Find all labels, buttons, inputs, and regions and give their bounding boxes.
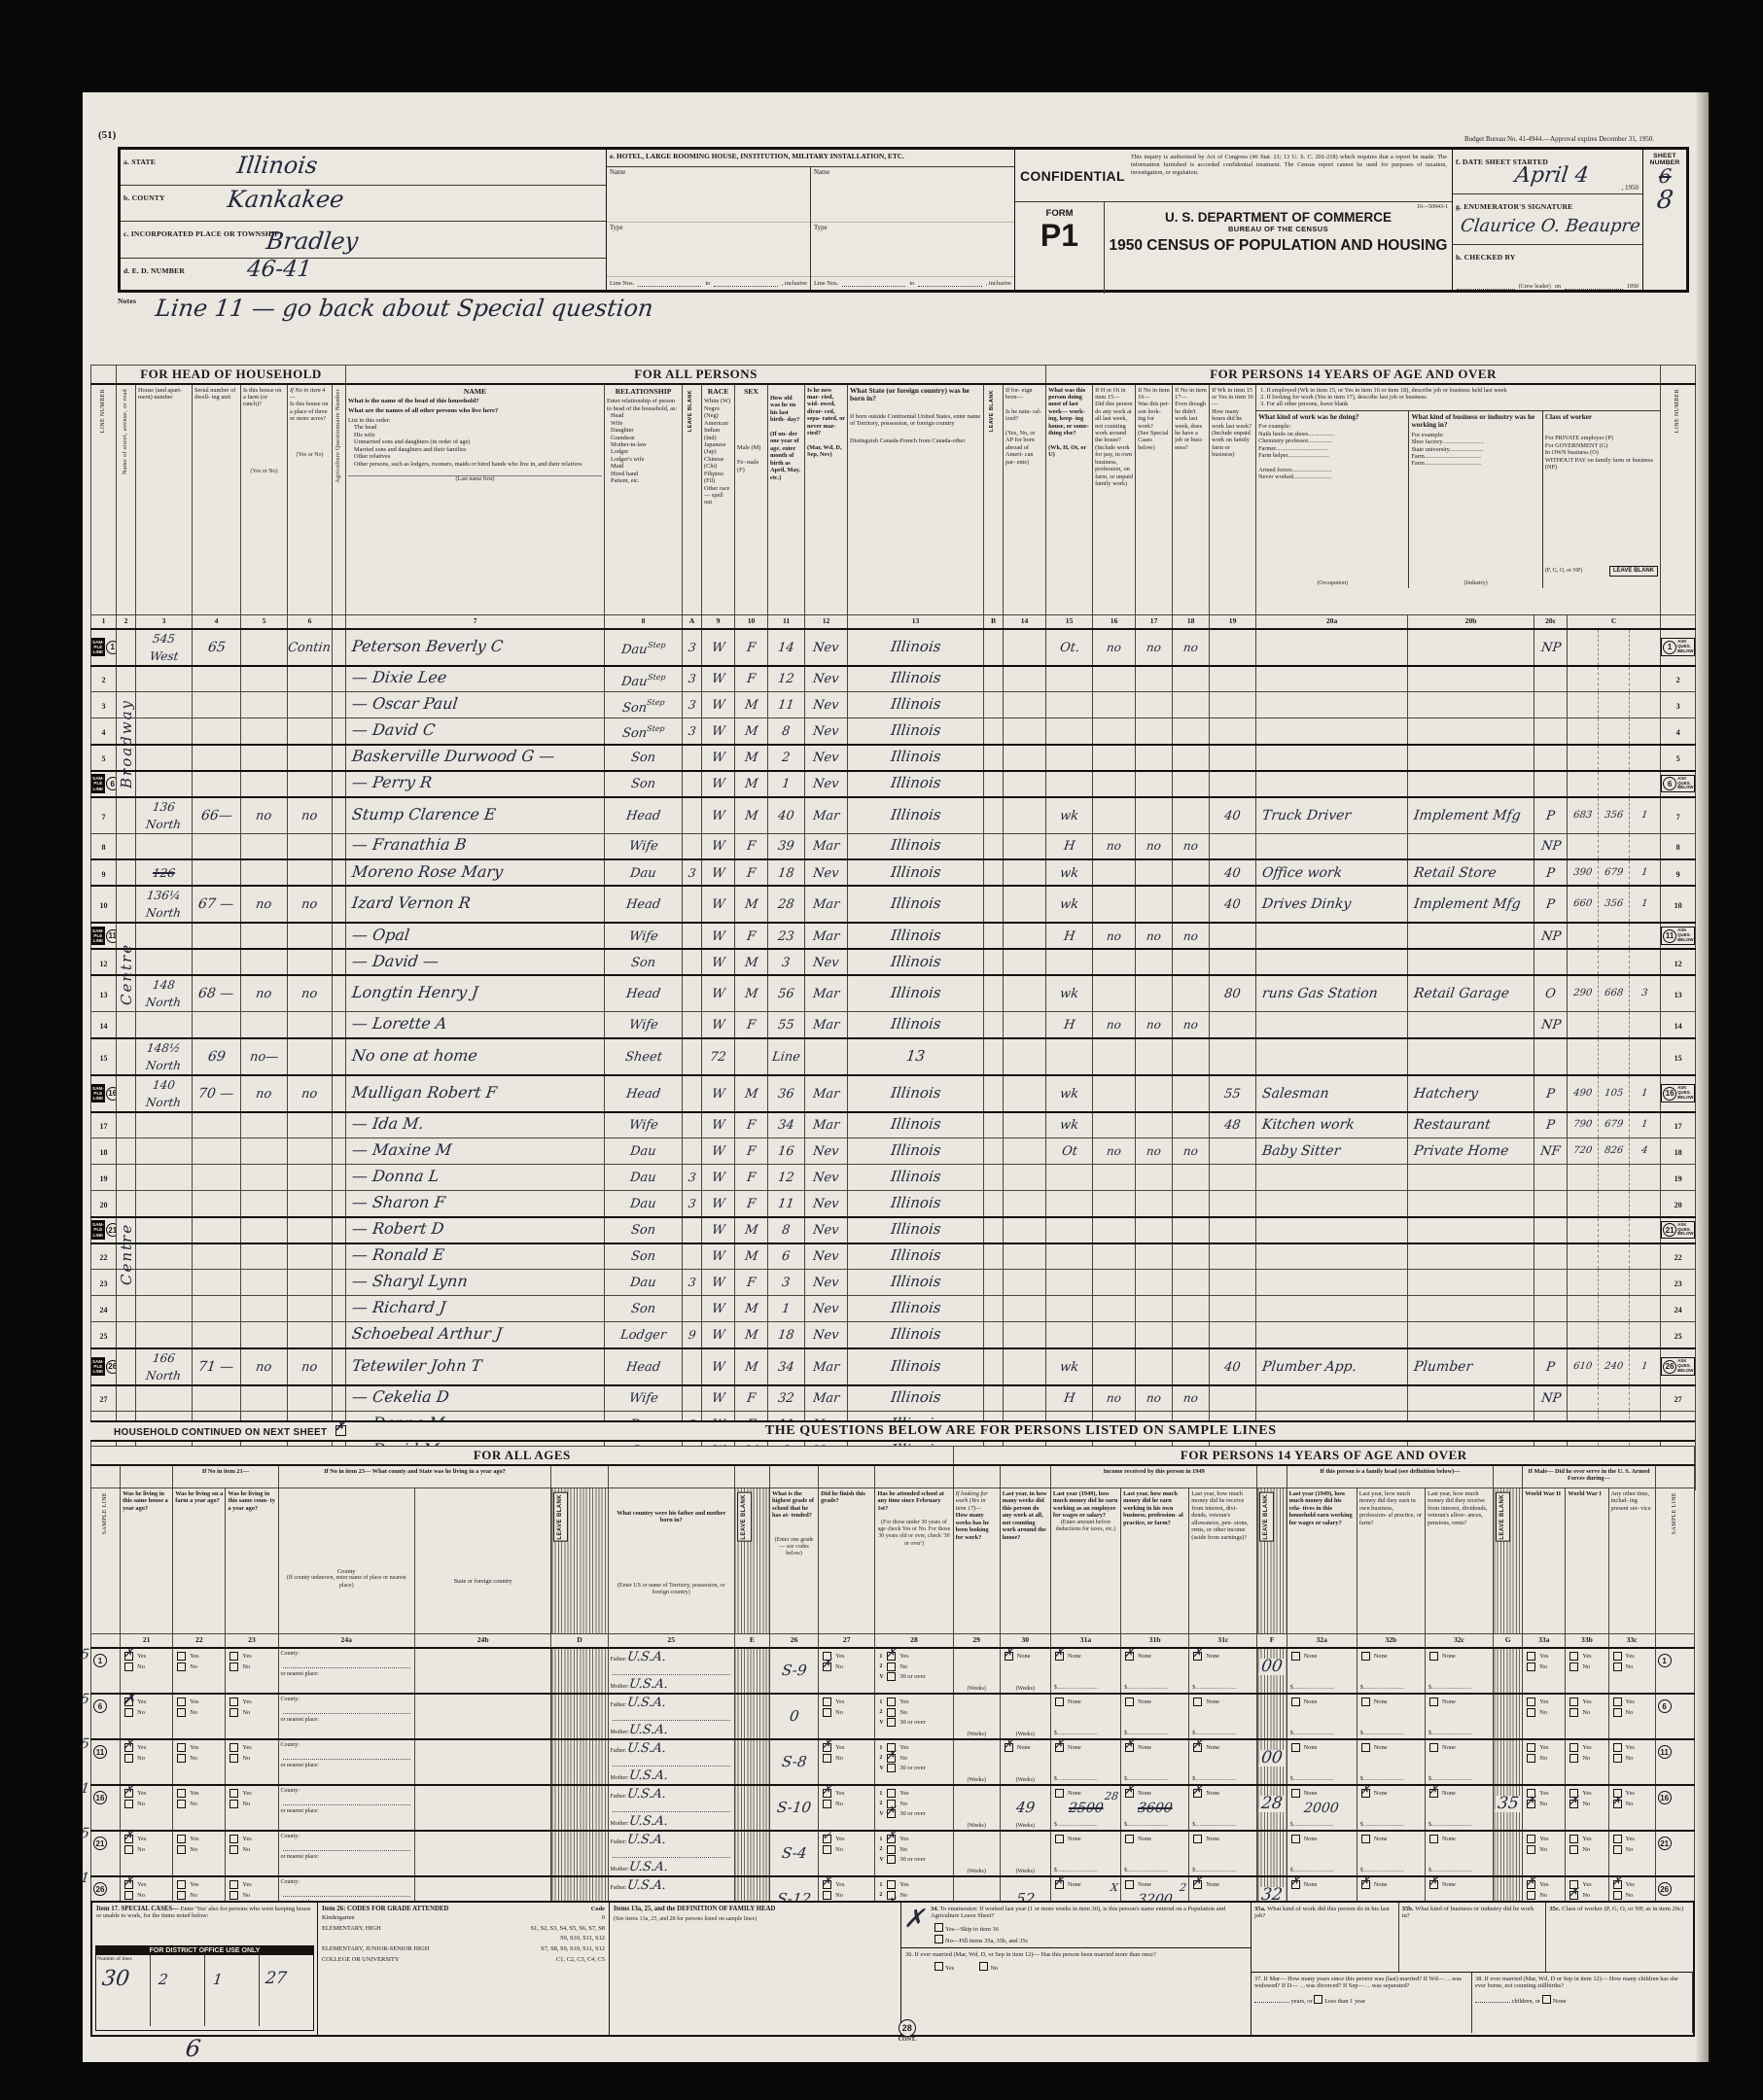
column-number: 23 [226,1634,278,1648]
house-number-cell [136,1165,193,1191]
q21-cell: ✗YesNo [121,1785,173,1831]
q15-cell: Ot. [1046,629,1093,666]
nat-cell [1004,975,1046,1012]
street-cell [117,797,136,834]
item34-handwritten-x: ✗ [903,1905,925,1934]
q31b-cell: None$............................ [1121,1694,1189,1739]
line-number-cell-right: 15 [1661,1038,1696,1075]
class-of-worker-cell [1534,1165,1568,1191]
nat-cell [1004,1112,1046,1138]
table-row: 25Schoebeal Arthur JLodger9WM18NevIllino… [91,1322,1696,1348]
handwritten-value: U.S.A. [626,1697,667,1709]
q31a-cell: ✗None$............................ [1050,1648,1120,1694]
income-banner: Income received by this person in 1949 [1050,1465,1257,1488]
handwritten-value: 1 [80,1782,90,1796]
q32b-cell-none-checkbox [1361,1743,1370,1752]
handwritten-value: 56 [777,988,794,1000]
q33b-cell: YesNo [1566,1831,1608,1876]
handwritten-value: Illinois [890,1359,941,1374]
handwritten-value: U.S.A. [628,1815,669,1828]
q15-cell: wk [1046,859,1093,886]
class-of-worker-cell [1534,1322,1568,1348]
handwritten-value: 28 [777,898,794,911]
q32c-cell: None$............................ [1425,1739,1493,1785]
handwritten-value: P [1545,1088,1555,1101]
agriculture-number-cell [333,1270,346,1296]
b-cell [984,886,1004,923]
race-cell: W [702,949,735,975]
handwritten-value: 11 [777,1198,794,1210]
race-cell: W [702,859,735,886]
sex-cell: M [735,771,768,797]
handwritten-value: Nev [813,725,840,738]
leave-blank-e-cell [734,1648,769,1694]
race-cell: W [702,1191,735,1217]
checkbox-mark: ✗ [1612,1794,1622,1807]
leave-blank-e-cell [734,1785,769,1831]
handwritten-value: Illinois [890,723,941,738]
sex-cell: F [735,1138,768,1165]
q19-cell [1210,1385,1256,1412]
table-row: 4— David CSonStep3WM8NevIllinois4 [91,718,1696,745]
q33a-header: World War II [1523,1488,1566,1634]
handwritten-value: 1 [1641,1120,1649,1130]
code-column-label: Code [591,1906,605,1912]
q31c-cell-none-checkbox [1193,1697,1202,1706]
q19-cell: 55 [1210,1075,1256,1112]
handwritten-value: W [711,1119,725,1132]
item38-none-checkbox [1542,1995,1551,2004]
handwritten-value: 67 — [197,897,234,911]
q33c-cell-no-checkbox: ✗ [1613,1800,1622,1808]
mar-cell [805,1038,848,1075]
handwritten-value: M [744,752,758,764]
leave-blank-c-label: LEAVE BLANK [1609,566,1658,577]
q31c-cell: ✗None$............................ [1189,1648,1257,1694]
farm-cell [241,771,288,797]
born-cell: Illinois [848,1296,984,1322]
leave-blank-f-header: LEAVE BLANK [1257,1488,1287,1634]
sample-questions-table: FOR ALL AGES FOR PERSONS 14 YEARS OF AGE… [90,1446,1695,1923]
q18-cell [1173,949,1210,975]
farm-cell [241,1217,288,1243]
q18-cell [1173,797,1210,834]
relationship-cell: Dau [605,1191,683,1217]
q27-cell: ✓YesNo [819,1831,875,1876]
q23-cell-yes-checkbox [229,1880,238,1889]
q27-cell-yes-checkbox: ✗ [823,1743,831,1752]
age-cell: 34 [768,1112,805,1138]
sample-line-cell-right: 1 [1655,1648,1694,1694]
name-cell: — Oscar Paul [346,692,605,718]
q15-cell: wk [1046,1075,1093,1112]
farm-cell: no [241,886,288,923]
handwritten-value: Salesman [1261,1087,1329,1101]
handwritten-value: no [1182,930,1198,942]
group-banners: If No in item 21— If No in item 23— What… [91,1465,1695,1488]
a-cell [683,771,702,797]
handwritten-value: O [1544,988,1556,1000]
agriculture-number-cell [333,1191,346,1217]
class-of-worker-cell [1534,1191,1568,1217]
mar-cell: Mar [805,1075,848,1112]
checkbox-mark: ✗ [1054,1739,1064,1752]
street-cell [117,1165,136,1191]
line-number-cell-right: 25 [1661,1322,1696,1348]
q17-cell: no [1136,833,1173,859]
checkbox-mark: ✗ [886,1648,896,1661]
q15-header: What was this person doing most of last … [1046,384,1093,615]
handwritten-value: NP [1540,1019,1562,1032]
q22-cell: YesNo [173,1739,226,1785]
agriculture-number-cell [333,859,346,886]
line-number-cell: SAM-PLELINE6 [91,771,117,797]
handwritten-value: North [146,1097,182,1108]
sample-row: 1✗YesNoYesNoYesNoCounty:or nearest place… [91,1648,1695,1694]
acres-cell [288,666,333,692]
a-cell [683,975,702,1012]
q15-cell: wk [1046,1348,1093,1385]
q31c-cell: None$............................ [1189,1694,1257,1739]
q21-cell: ✗YesNo [121,1831,173,1876]
handwritten-value: U.S.A. [628,1678,669,1691]
handwritten-value: Drives Dinky [1261,897,1352,911]
table-row: 20— Sharon FDau3WF11NevIllinois20 [91,1191,1696,1217]
q31c-cell-none-checkbox [1193,1835,1202,1843]
serial-cell: 71 — [193,1348,241,1385]
handwritten-value: W [711,1145,725,1158]
q17-cell [1136,1112,1173,1138]
sex-cell: M [735,975,768,1012]
q33b-cell-no-checkbox [1569,1754,1578,1763]
handwritten-value: North [146,819,182,830]
handwritten-value: Nev [813,642,840,654]
q17-cell [1136,745,1173,771]
handwritten-value: F [746,1198,757,1210]
table-row: SAM-PLELINE1545West65ContinuedPeterson B… [91,629,1696,666]
handwritten-value: Illinois [890,986,941,1000]
q21-cell-no-checkbox [124,1800,133,1808]
race-cell: W [702,797,735,834]
agriculture-number-cell [333,886,346,923]
q15-cell [1046,666,1093,692]
handwritten-value: H [1063,1392,1075,1405]
sex-cell: F [735,833,768,859]
sheet-number-value: 8 [1655,188,1675,213]
handwritten-value: Step [647,642,666,649]
q15-cell [1046,1191,1093,1217]
handwritten-value: 126 [152,867,175,879]
handwritten-value: Hatchery [1413,1087,1479,1101]
relationship-cell: Head [605,1075,683,1112]
q17-cell: no [1136,629,1173,666]
confidential-label: CONFIDENTIAL [1020,168,1125,184]
occupation-cell [1256,1217,1408,1243]
street-cell [117,629,136,666]
item36-yes-checkbox [934,1962,943,1971]
q18-cell [1173,1243,1210,1270]
checkbox-mark: ✗ [886,1831,896,1843]
born-cell: Illinois [848,745,984,771]
column-number: 32b [1357,1634,1425,1648]
q17-cell [1136,692,1173,718]
handwritten-value: NP [1540,642,1562,654]
handwritten-value: no [256,988,273,1000]
line-number-cell-right: 12 [1661,949,1696,975]
handwritten-value: 290 [1572,989,1592,998]
acres-cell [288,771,333,797]
column-number: 25 [608,1634,734,1648]
born-cell: Illinois [848,771,984,797]
sex-cell: M [735,797,768,834]
line-number-cell: 5 [91,745,117,771]
q33c-cell-no-checkbox [1613,1708,1622,1717]
b-cell [984,1191,1004,1217]
industry-cell [1408,692,1534,718]
serial-number-header: Serial number of dwell- ing unit [193,384,241,615]
q33a-cell-yes-checkbox [1527,1697,1535,1706]
district-cell-2: 2 [151,1955,205,2026]
occupation-cell [1256,771,1408,797]
nat-cell [1004,1322,1046,1348]
checkbox-mark: ✗ [1428,1785,1438,1798]
q32c-cell-none-checkbox [1429,1697,1438,1706]
serial-cell [193,949,241,975]
leave-blank-e-cell [734,1831,769,1876]
q17-cell [1136,1348,1173,1385]
a-cell: 3 [683,1165,702,1191]
section-all-persons: FOR ALL PERSONS [346,366,1046,384]
street-cell [117,771,136,797]
handwritten-value: Son [630,778,656,790]
handwritten-value: Wife [628,1119,658,1132]
q17-cell [1136,1038,1173,1075]
definitions-subtext: (See items 13a, 25, and 28 for persons l… [614,1916,897,1922]
handwritten-value: — David C [351,722,436,738]
checkbox-mark: ✗ [1192,1648,1202,1661]
handwritten-value: H [1063,840,1075,853]
column-number: 10 [735,615,768,629]
mar-cell: Nev [805,771,848,797]
definitions-title: Items 13a, 25, and the DEFINITION OF FAM… [614,1906,775,1912]
line-number-cell-right: 13 [1661,975,1696,1012]
q33a-cell-yes-checkbox [1527,1835,1535,1843]
serial-cell [193,1012,241,1038]
handwritten-value: — Ronald E [351,1247,445,1263]
handwritten-value: — Lorette A [351,1016,447,1032]
handwritten-value: 2500 [1068,1802,1104,1815]
race-cell: W [702,718,735,745]
q28-cell: 1Yes2NoV30 or over [875,1694,953,1739]
class-of-worker-cell: NP [1534,629,1568,666]
nat-cell [1004,833,1046,859]
handwritten-value: Baskerville Durwood G — [351,749,555,764]
street-cell [117,886,136,923]
q19-cell [1210,833,1256,859]
handwritten-value: Mar [812,1392,840,1405]
handwritten-value: no [1182,1145,1198,1157]
race-cell: W [702,1296,735,1322]
sex-cell [735,1038,768,1075]
q32a-cell: None$............................ [1287,1739,1357,1785]
handwritten-value: Peterson Beverly C [351,639,504,654]
q17-cell [1136,949,1173,975]
handwritten-value: 1 [1641,868,1649,878]
q18-cell [1173,1191,1210,1217]
q19-cell [1210,1165,1256,1191]
occupation-cell: Truck Driver [1256,797,1408,834]
column-number: 21 [121,1634,173,1648]
q32b-cell-none-checkbox [1361,1697,1370,1706]
q31a-cell-none-checkbox [1055,1789,1064,1798]
q19-cell [1210,1217,1256,1243]
handwritten-value: Dau [620,644,648,656]
mar-cell: Mar [805,797,848,834]
handwritten-value: M [744,699,758,712]
hotel-block: e. HOTEL, LARGE ROOMING HOUSE, INSTITUTI… [607,150,1015,290]
table-row: 23— Sharyl LynnDau3WF3NevIllinois23 [91,1270,1696,1296]
inclusive-label: , inclusive [782,280,807,287]
q16-cell [1093,1322,1136,1348]
q32a-cell: None$............................ [1287,1648,1357,1694]
enumerator-signature: Claurice O. Beaupre [1460,218,1641,235]
b-cell [984,975,1004,1012]
line-number-cell: 24 [91,1296,117,1322]
occupation-cell [1256,833,1408,859]
margin-digit: 5 [77,1735,92,1753]
column-number [1655,1634,1694,1648]
house-number-cell [136,666,193,692]
mar-cell: Nev [805,859,848,886]
a-cell [683,797,702,834]
handwritten-value: Nev [813,778,840,790]
handwritten-value: Illinois [890,1170,941,1184]
b-cell [984,949,1004,975]
mar-cell: Nev [805,718,848,745]
name-cell: Tetewiler John T [346,1348,605,1385]
a-cell: 9 [683,1322,702,1348]
q22-cell-yes-checkbox [177,1789,186,1798]
year-label: 1950 [1627,283,1639,290]
serial-cell [193,859,241,886]
name-header: NAME What is the name of the head of thi… [346,384,605,615]
line-number-cell-right: 24 [1661,1296,1696,1322]
line-number-cell: SAM-PLELINE16 [91,1075,117,1112]
handwritten-value: 34 [777,1361,794,1374]
handwritten-value: M [744,1224,758,1237]
handwritten-value: 80 [1223,988,1241,1000]
column-number: F [1257,1634,1287,1648]
acres-cell [288,1165,333,1191]
handwritten-value: wk [1059,1088,1079,1101]
q21-cell-yes-checkbox: ✗ [124,1697,133,1706]
q22-cell: YesNo [173,1831,226,1876]
q16-cell [1093,1348,1136,1385]
handwritten-value: P [1545,810,1555,822]
q21-cell-no-checkbox [124,1845,133,1854]
name-cell: — Robert D [346,1217,605,1243]
born-cell: Illinois [848,1012,984,1038]
street-cell [117,1296,136,1322]
sample-line-header-right: SAMPLE LINE [1672,1492,1678,1534]
handwritten-value: 40 [1223,810,1241,822]
q31c-header: Last year, how much money did he receive… [1189,1488,1257,1634]
relationship-cell: Son [605,771,683,797]
relationship-cell: Dau [605,1165,683,1191]
house-number-cell [136,745,193,771]
q23-cell-no-checkbox [229,1754,238,1763]
code-cell: 2906683 [1568,975,1661,1012]
a-cell [683,1243,702,1270]
handwritten-value: no [1182,1019,1198,1031]
handwritten-value: F [746,930,757,943]
street-cell [117,692,136,718]
relationship-cell: Wife [605,1012,683,1038]
checkbox-mark: ✗ [1124,1785,1134,1798]
sample-line-cell-right: 16 [1655,1785,1694,1831]
agriculture-number-cell [333,949,346,975]
q18-cell: no [1173,1012,1210,1038]
industry-cell [1408,666,1534,692]
handwritten-value: Retail Garage [1413,987,1510,1000]
q15-cell: wk [1046,1112,1093,1138]
handwritten-value: Illinois [890,808,941,822]
handwritten-value: no [1146,1145,1161,1157]
population-rows: SAM-PLELINE1545West65ContinuedPeterson B… [91,629,1696,1490]
handwritten-value: Izard Vernon R [351,895,472,911]
line-number-cell-right: 19 [1661,1165,1696,1191]
handwritten-value: 34 [777,1119,794,1132]
occupation-header: What kind of work was he doing? For exam… [1256,411,1409,588]
industry-cell [1408,1217,1534,1243]
q19-cell [1210,1270,1256,1296]
item36-no-label: No [990,1965,998,1972]
handwritten-value: 68 — [197,987,234,1000]
leave-blank-f-cell: 00 [1257,1648,1287,1694]
code-cell [1568,692,1661,718]
q18-header: If No in item 17— Even though he didn't … [1173,384,1210,615]
ifno23-banner: If No in item 23— What county and State … [278,1465,551,1488]
house-number-cell [136,1322,193,1348]
race-cell: W [702,1217,735,1243]
q33c-cell-no-checkbox [1613,1891,1622,1900]
handwritten-value: U.S.A. [628,1861,669,1873]
handwritten-value: Line [771,1051,800,1064]
handwritten-value: Dau [629,867,656,880]
column-number: 22 [173,1634,226,1648]
county-cell: County:or nearest place: [278,1739,414,1785]
relationship-note: Step [648,636,666,650]
state-value: Illinois [236,154,319,177]
handwritten-value: Son [630,1224,656,1237]
house-number-cell: 148½North [136,1038,193,1075]
handwritten-value: W [711,1198,725,1210]
handwritten-value: Nev [813,1303,840,1315]
notes-row: Notes Line 11 — go back about Special qu… [118,297,653,321]
handwritten-value: W [711,1250,725,1263]
ask-questions-badge: 11ASKQUES.BELOW [1661,927,1695,945]
handwritten-value: W [711,642,725,654]
handwritten-value: Illinois [890,1301,941,1315]
grade-codes-box: Item 26: CODES FOR GRADE ATTENDED Code K… [318,1903,610,2035]
q19-cell: 40 [1210,1348,1256,1385]
handwritten-value: no [1106,1019,1121,1031]
industry-cell [1408,629,1534,666]
mar-cell: Nev [805,1322,848,1348]
b-cell [984,1217,1004,1243]
handwritten-value: 1 [1641,811,1649,821]
q31a-cell: None282500$............................ [1050,1785,1120,1831]
